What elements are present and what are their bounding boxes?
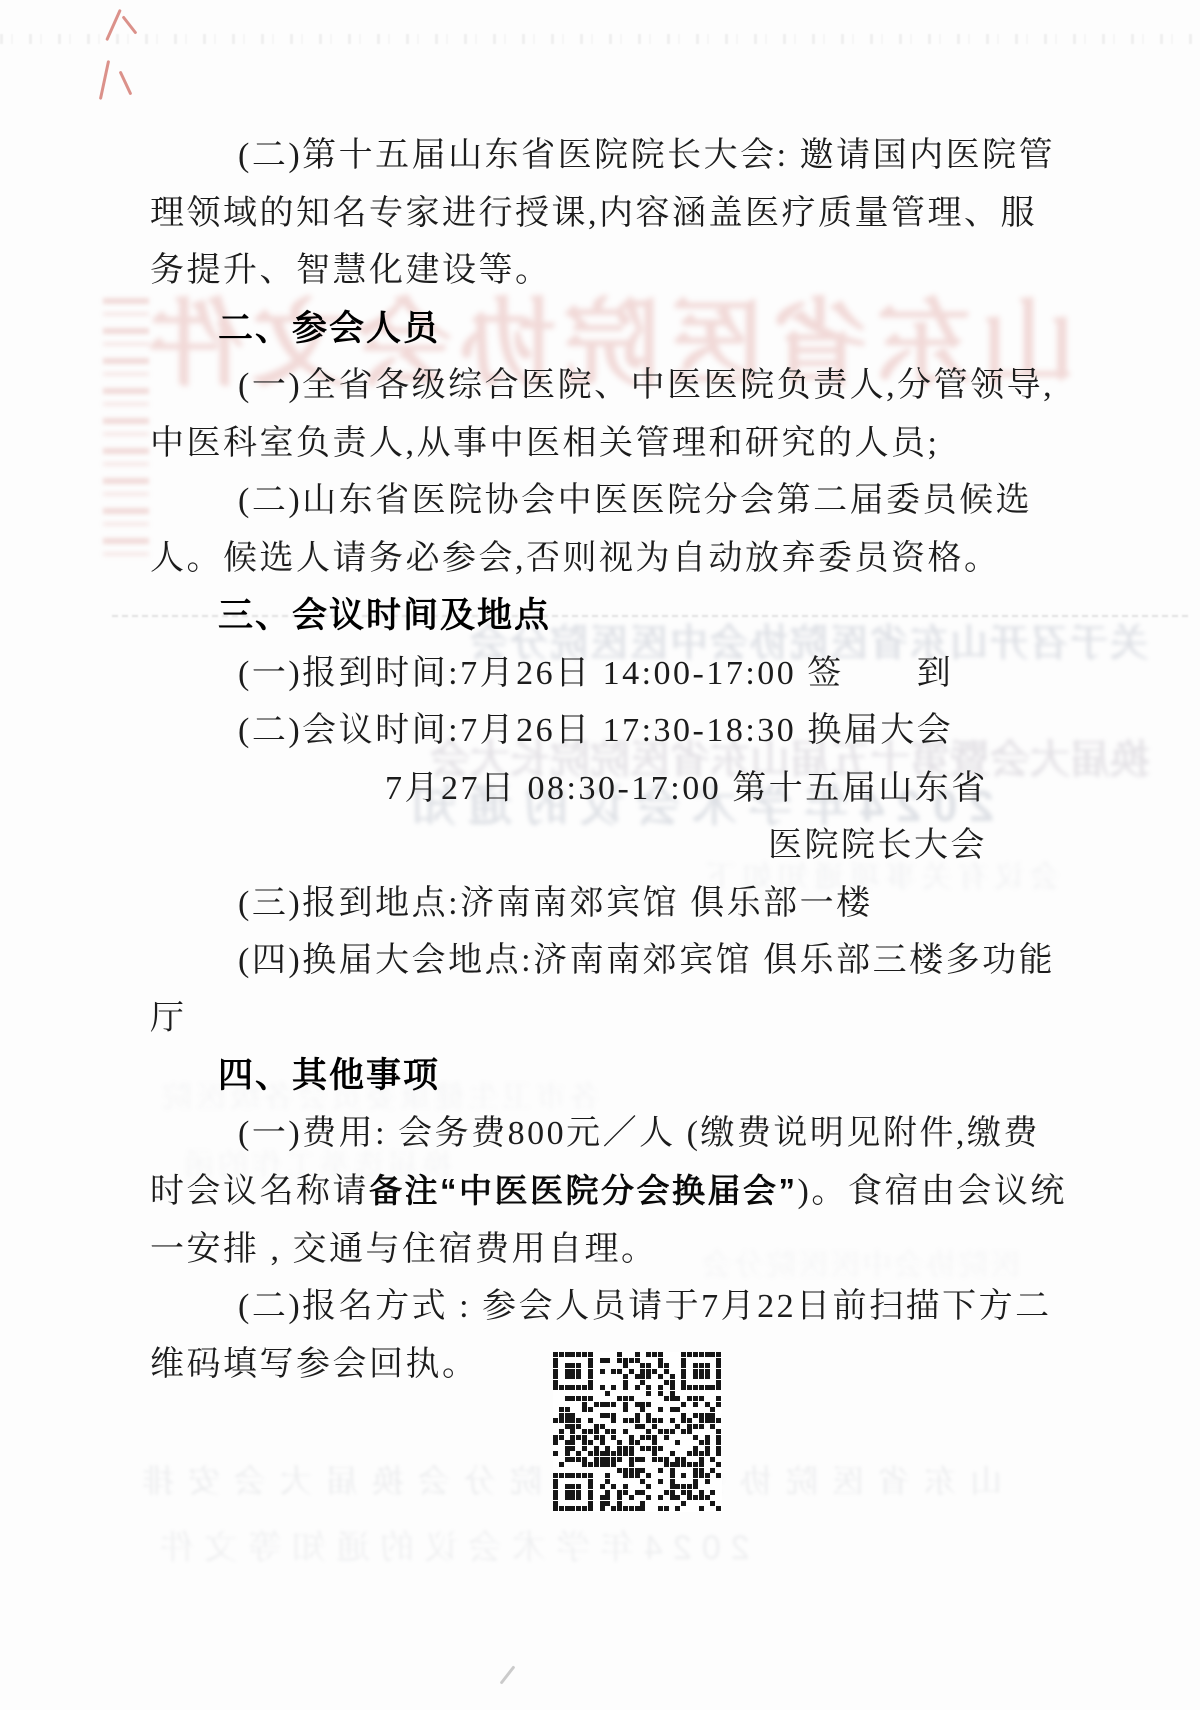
section-heading: 四、其他事项 <box>218 1047 1070 1105</box>
continuation-line: 医院院长大会 <box>768 817 1070 875</box>
body-paragraph: (二)会议时间:7月26日 17:30-18:30 换届大会 <box>150 702 1070 760</box>
body-paragraph: (二)第十五届山东省医院院长大会: 邀请国内医院管理领域的知名专家进行授课,内容… <box>150 127 1070 300</box>
scan-noise-band <box>0 34 1200 44</box>
qr-code <box>553 1352 722 1512</box>
scanned-document-page: 山东省医院协会文件关于召开山东省医院协会中医医院分会换届大会暨第十五届山东省医院… <box>0 0 1200 1710</box>
body-paragraph: (二)山东省医院协会中医医院分会第二届委员候选人。候选人请务必参会,否则视为自动… <box>150 472 1070 587</box>
section-heading: 二、参会人员 <box>218 300 1070 358</box>
emphasis-text: 备注“中医医院分会换届会” <box>369 1172 798 1209</box>
continuation-line: 7月27日 08:30-17:00 第十五届山东省 <box>385 760 1070 818</box>
bleedthrough-artifact: 2024年学术会议的通知等文件 <box>150 1520 750 1569</box>
section-heading: 三、会议时间及地点 <box>218 587 1070 645</box>
bleedthrough-smudge <box>103 298 149 566</box>
body-paragraph: (四)换届大会地点:济南南郊宾馆 俱乐部三楼多功能厅 <box>150 932 1070 1047</box>
body-paragraph: (三)报到地点:济南南郊宾馆 俱乐部一楼 <box>150 875 1070 933</box>
body-paragraph: (一)报到时间:7月26日 14:00-17:00 签 到 <box>150 645 1070 703</box>
body-paragraph: (一)费用: 会务费800元／人 (缴费说明见附件,缴费时会议名称请备注“中医医… <box>150 1105 1070 1279</box>
body-paragraph: (一)全省各级综合医院、中医医院负责人,分管领导,中医科室负责人,从事中医相关管… <box>150 357 1070 472</box>
document-body: (二)第十五届山东省医院院长大会: 邀请国内医院管理领域的知名专家进行授课,内容… <box>150 127 1070 1393</box>
